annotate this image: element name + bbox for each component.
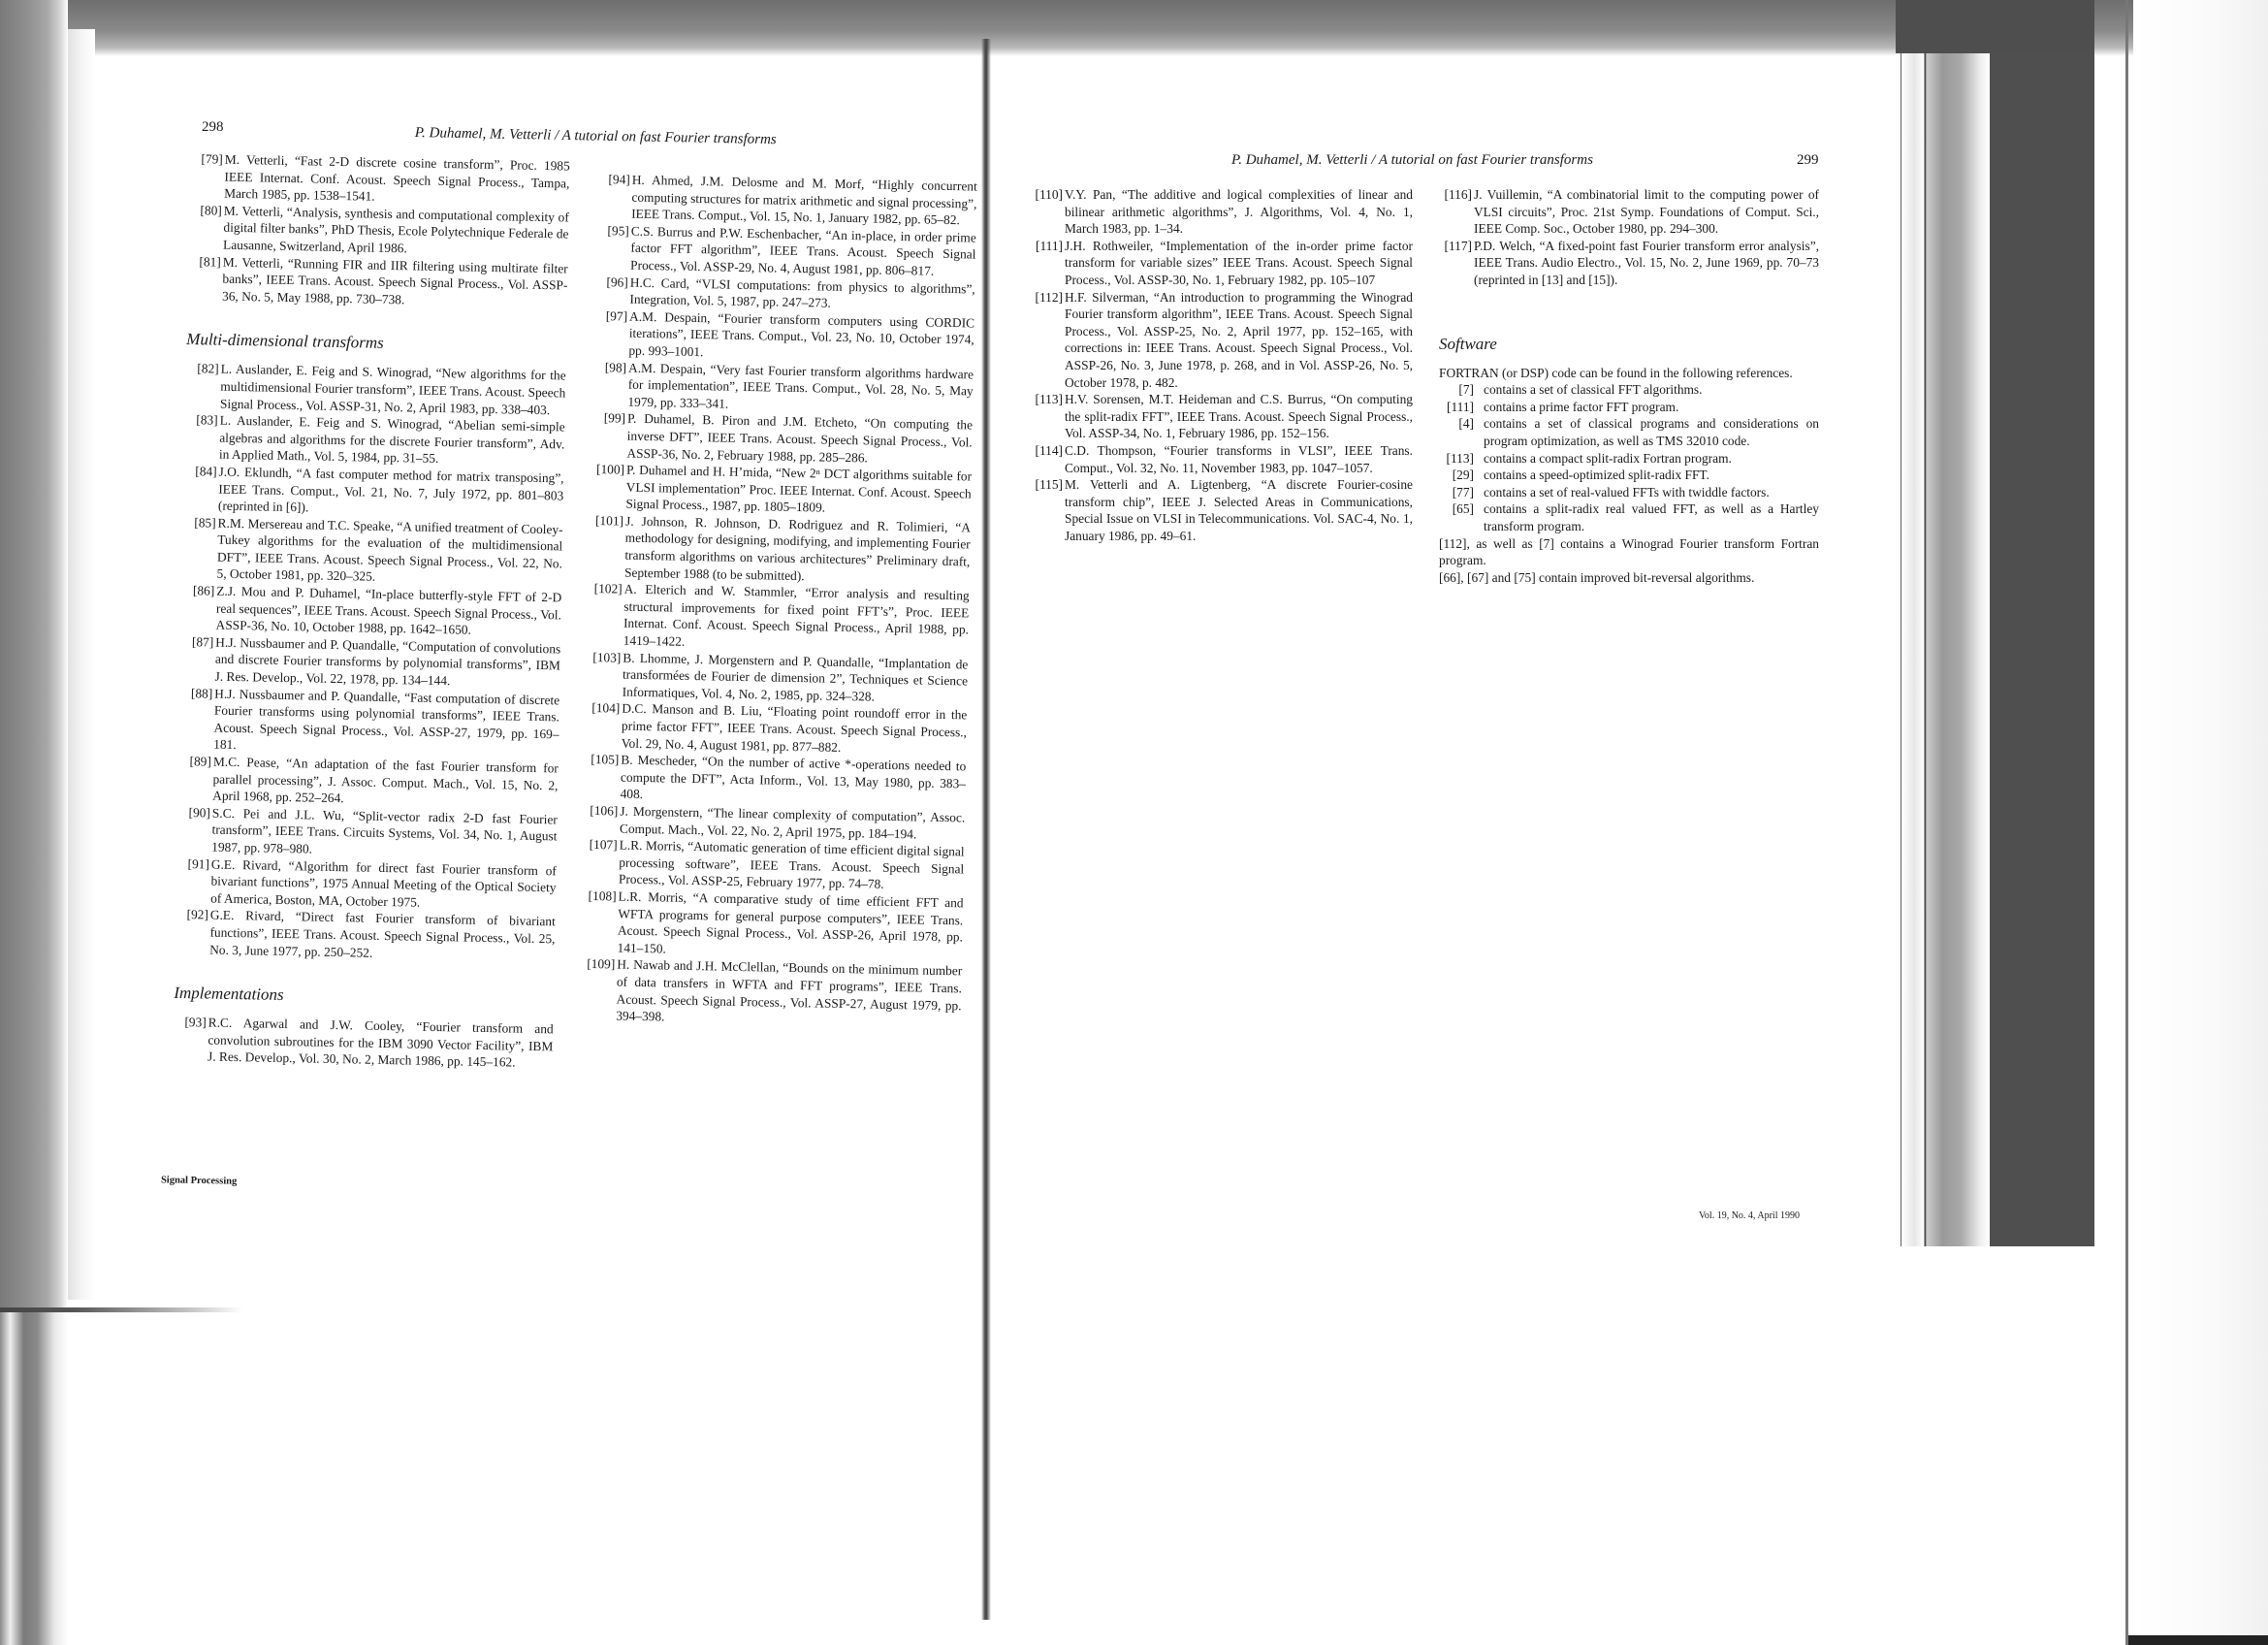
journal-footer-left: Signal Processing	[161, 1175, 237, 1186]
software-description: contains a prime factor FFT program.	[1484, 400, 1678, 414]
reference-number: [96]	[588, 273, 628, 290]
software-intro: FORTRAN (or DSP) code can be found in th…	[1439, 365, 1819, 382]
reference-text: V.Y. Pan, “The additive and logical comp…	[1065, 186, 1413, 238]
reference-number: [115]	[1022, 476, 1063, 494]
reference-number: [4]	[1439, 415, 1474, 433]
reference-number: [77]	[1439, 484, 1474, 501]
reference-entry: [114]C.D. Thompson, “Fourier transforms …	[1030, 442, 1413, 476]
software-entry: [77]contains a set of real-valued FFTs w…	[1439, 484, 1819, 501]
right-running-head: P. Duhamel, M. Vetterli / A tutorial on …	[1231, 152, 1593, 169]
software-description: contains a set of real-valued FFTs with …	[1484, 485, 1770, 500]
reference-number: [108]	[575, 887, 616, 905]
reference-number: [80]	[189, 202, 222, 219]
scan-right-fade	[2133, 0, 2268, 1645]
reference-text: B. Lhomme, J. Morgenstern and P. Quandal…	[623, 649, 969, 707]
reference-entry: [113]H.V. Sorensen, M.T. Heideman and C.…	[1030, 391, 1413, 442]
reference-text: L. Auslander, E. Feig and S. Winograd, “…	[219, 412, 565, 470]
scan-bottom-bar	[2128, 1635, 2268, 1645]
reference-number: [90]	[177, 804, 210, 822]
reference-text: P. Duhamel and H. H’mida, “New 2ⁿ DCT al…	[625, 462, 972, 520]
reference-entry: [94]H. Ahmed, J.M. Delosme and M. Morf, …	[596, 171, 977, 229]
reference-list: [116]J. Vuillemin, “A combinatorial limi…	[1439, 186, 1819, 289]
reference-text: S.C. Pei and J.L. Wu, “Split-vector radi…	[211, 804, 558, 862]
reference-number: [29]	[1439, 467, 1474, 484]
reference-number: [106]	[577, 802, 618, 820]
reference-entry: [95]C.S. Burrus and P.W. Eschenbacher, “…	[595, 222, 976, 280]
reference-number: [107]	[576, 836, 617, 854]
section-heading-implementations: Implementations	[174, 983, 554, 1012]
software-entry: [65]contains a split-radix real valued F…	[1439, 500, 1819, 534]
reference-text: H. Ahmed, J.M. Delosme and M. Morf, “Hig…	[631, 172, 977, 230]
reference-text: A. Elterich and W. Stammler, “Error anal…	[623, 581, 970, 656]
scan-right-edge	[2125, 0, 2128, 1645]
reference-text: L.R. Morris, “A comparative study of tim…	[617, 887, 963, 962]
reference-entry: [107]L.R. Morris, “Automatic generation …	[584, 836, 965, 894]
reference-number: [102]	[582, 580, 623, 597]
reference-number: [93]	[174, 1014, 207, 1031]
reference-entry: [102]A. Elterich and W. Stammler, “Error…	[589, 580, 970, 656]
reference-entry: [105]B. Mescheder, “On the number of act…	[586, 751, 967, 809]
reference-text: P.D. Welch, “A fixed-point fast Fourier …	[1474, 238, 1819, 289]
reference-number: [82]	[186, 360, 219, 377]
reference-entry: [101]J. Johnson, R. Johnson, D. Rodrigue…	[590, 512, 971, 588]
reference-number: [65]	[1439, 500, 1474, 518]
reference-number: [109]	[574, 955, 615, 973]
reference-number: [89]	[178, 753, 211, 770]
reference-entry: [91]G.E. Rivard, “Algorithm for direct f…	[176, 855, 557, 913]
reference-entry: [87]H.J. Nussbaumer and P. Quandalle, “C…	[179, 633, 560, 692]
reference-list: [93]R.C. Agarwal and J.W. Cooley, “Fouri…	[173, 1014, 554, 1072]
scan-right-stripes	[1896, 53, 1990, 1246]
reference-text: J.O. Eklundh, “A fast computer method fo…	[218, 464, 564, 522]
right-page-column-1: [110]V.Y. Pan, “The additive and logical…	[1030, 186, 1413, 544]
reference-list: [82]L. Auslander, E. Feig and S. Winogra…	[175, 360, 566, 964]
scan-shelf-line	[0, 1307, 242, 1312]
reference-number: [88]	[179, 685, 212, 702]
reference-text: Z.J. Mou and P. Duhamel, “In-place butte…	[215, 583, 561, 641]
reference-number: [104]	[579, 699, 620, 717]
reference-number: [83]	[184, 411, 217, 429]
left-page-number: 298	[202, 119, 224, 136]
left-page-column-2: [94]H. Ahmed, J.M. Delosme and M. Morf, …	[581, 171, 977, 1031]
reference-number: [116]	[1431, 186, 1472, 204]
reference-text: M. Vetterli and A. Ligtenberg, “A discre…	[1065, 476, 1413, 544]
reference-text: B. Mescheder, “On the number of active *…	[620, 752, 966, 810]
reference-number: [114]	[1022, 442, 1063, 460]
reference-text: M. Vetterli, “Fast 2-D discrete cosine t…	[224, 151, 570, 210]
reference-number: [99]	[585, 409, 625, 427]
reference-text: G.E. Rivard, “Direct fast Fourier transf…	[209, 907, 556, 965]
reference-number: [84]	[183, 463, 216, 480]
reference-text: J. Vuillemin, “A combinatorial limit to …	[1474, 186, 1819, 238]
reference-entry: [88]H.J. Nussbaumer and P. Quandalle, “F…	[178, 685, 559, 760]
section-heading-multidimensional: Multi-dimensional transforms	[186, 329, 566, 358]
reference-entry: [97]A.M. Despain, “Fourier transform com…	[593, 307, 974, 366]
reference-entry: [83]L. Auslander, E. Feig and S. Winogra…	[184, 411, 565, 469]
reference-entry: [98]A.M. Despain, “Very fast Fourier tra…	[592, 358, 974, 416]
reference-entry: [109]H. Nawab and J.H. McClellan, “Bound…	[581, 955, 962, 1031]
reference-number: [110]	[1022, 186, 1063, 204]
reference-entry: [93]R.C. Agarwal and J.W. Cooley, “Fouri…	[173, 1014, 554, 1072]
software-entry: [4]contains a set of classical programs …	[1439, 415, 1819, 449]
reference-number: [85]	[182, 514, 215, 532]
reference-text: C.S. Burrus and P.W. Eschenbacher, “An i…	[630, 222, 976, 280]
left-running-head: P. Duhamel, M. Vetterli / A tutorial on …	[415, 125, 777, 148]
reference-entry: [103]B. Lhomme, J. Morgenstern and P. Qu…	[588, 649, 969, 707]
reference-list: [110]V.Y. Pan, “The additive and logical…	[1030, 186, 1413, 544]
reference-entry: [81]M. Vetterli, “Running FIR and IIR fi…	[187, 253, 568, 311]
reference-number: [91]	[176, 855, 209, 872]
reference-list: [79]M. Vetterli, “Fast 2-D discrete cosi…	[187, 150, 570, 311]
reference-number: [94]	[590, 171, 630, 188]
reference-text: P. Duhamel, B. Piron and J.M. Etcheto, “…	[626, 410, 973, 468]
reference-text: C.D. Thompson, “Fourier transforms in VL…	[1065, 442, 1413, 476]
reference-entry: [117]P.D. Welch, “A fixed-point fast Fou…	[1439, 238, 1819, 289]
reference-number: [95]	[589, 222, 629, 240]
reference-number: [87]	[180, 633, 213, 651]
software-description: contains a split-radix real valued FFT, …	[1484, 501, 1819, 533]
right-page-column-2: [116]J. Vuillemin, “A combinatorial limi…	[1439, 186, 1819, 586]
journal-footer-right: Vol. 19, No. 4, April 1990	[1699, 1210, 1800, 1221]
reference-text: R.C. Agarwal and J.W. Cooley, “Fourier t…	[208, 1015, 554, 1073]
reference-text: A.M. Despain, “Very fast Fourier transfo…	[627, 359, 974, 417]
reference-number: [81]	[188, 253, 221, 271]
reference-number: [113]	[1439, 450, 1474, 468]
reference-text: A.M. Despain, “Fourier transform compute…	[628, 307, 974, 366]
reference-number: [103]	[580, 648, 621, 665]
reference-entry: [90]S.C. Pei and J.L. Wu, “Split-vector …	[176, 804, 558, 862]
reference-entry: [100]P. Duhamel and H. H’mida, “New 2ⁿ D…	[591, 461, 972, 519]
reference-text: J. Johnson, R. Johnson, D. Rodriguez and…	[624, 513, 971, 588]
reference-text: L. Auslander, E. Feig and S. Winograd, “…	[220, 361, 566, 419]
reference-text: G.E. Rivard, “Algorithm for direct fast …	[210, 855, 557, 914]
reference-text: H.V. Sorensen, M.T. Heideman and C.S. Bu…	[1065, 391, 1413, 442]
reference-text: M. Vetterli, “Analysis, synthesis and co…	[223, 202, 569, 260]
reference-entry: [110]V.Y. Pan, “The additive and logical…	[1030, 186, 1413, 238]
reference-entry: [112]H.F. Silverman, “An introduction to…	[1030, 289, 1413, 392]
reference-number: [79]	[190, 150, 223, 168]
reference-entry: [82]L. Auslander, E. Feig and S. Winogra…	[185, 360, 566, 418]
reference-entry: [86]Z.J. Mou and P. Duhamel, “In-place b…	[180, 582, 561, 640]
reference-entry: [79]M. Vetterli, “Fast 2-D discrete cosi…	[189, 150, 570, 209]
reference-entry: [92]G.E. Rivard, “Direct fast Fourier tr…	[175, 906, 556, 964]
reference-number: [111]	[1022, 238, 1063, 255]
scan-left-inner-shadow	[68, 29, 95, 1300]
software-list: [7]contains a set of classical FFT algor…	[1439, 381, 1819, 534]
reference-number: [86]	[181, 582, 214, 599]
reference-entry: [85]R.M. Mersereau and T.C. Speake, “A u…	[181, 514, 562, 590]
reference-entry: [115]M. Vetterli and A. Ligtenberg, “A d…	[1030, 476, 1413, 544]
left-page-column-1: [79]M. Vetterli, “Fast 2-D discrete cosi…	[173, 150, 570, 1072]
reference-text: M.C. Pease, “An adaptation of the fast F…	[212, 754, 559, 812]
software-entry: [7]contains a set of classical FFT algor…	[1439, 381, 1819, 399]
scan-left-lower-shadow	[0, 1309, 68, 1645]
reference-entry: [108]L.R. Morris, “A comparative study o…	[582, 887, 963, 963]
reference-number: [101]	[583, 512, 623, 530]
right-page-number: 299	[1797, 152, 1819, 169]
reference-number: [105]	[578, 751, 619, 768]
reference-number: [92]	[176, 906, 208, 923]
reference-text: L.R. Morris, “Automatic generation of ti…	[619, 837, 965, 895]
section-heading-software: Software	[1439, 334, 1819, 355]
reference-text: H.J. Nussbaumer and P. Quandalle, “Compu…	[214, 633, 560, 692]
software-entry: [111]contains a prime factor FFT program…	[1439, 399, 1819, 416]
reference-text: H. Nawab and J.H. McClellan, “Bounds on …	[616, 956, 962, 1031]
reference-number: [100]	[584, 461, 624, 478]
reference-entry: [89]M.C. Pease, “An adaptation of the fa…	[177, 753, 559, 811]
reference-text: D.C. Manson and B. Liu, “Floating point …	[622, 700, 968, 758]
software-entry: [29]contains a speed-optimized split-rad…	[1439, 467, 1819, 484]
reference-number: [113]	[1022, 391, 1063, 408]
reference-text: H.F. Silverman, “An introduction to prog…	[1065, 289, 1413, 392]
reference-entry: [116]J. Vuillemin, “A combinatorial limi…	[1439, 186, 1819, 238]
reference-entry: [104]D.C. Manson and B. Liu, “Floating p…	[587, 699, 968, 758]
software-description: contains a compact split-radix Fortran p…	[1484, 451, 1732, 466]
reference-list: [94]H. Ahmed, J.M. Delosme and M. Morf, …	[581, 171, 977, 1031]
reference-entry: [84]J.O. Eklundh, “A fast computer metho…	[183, 463, 564, 521]
scan-top-shadow	[0, 0, 2133, 56]
reference-text: H.J. Nussbaumer and P. Quandalle, “Fast …	[213, 685, 559, 759]
reference-entry: [80]M. Vetterli, “Analysis, synthesis an…	[188, 202, 569, 260]
reference-number: [97]	[587, 307, 627, 325]
reference-text: J.H. Rothweiler, “Implementation of the …	[1065, 238, 1413, 289]
reference-number: [117]	[1431, 238, 1472, 255]
software-description: contains a set of classical programs and…	[1484, 416, 1819, 448]
software-note: [66], [67] and [75] contain improved bit…	[1439, 569, 1819, 587]
reference-number: [112]	[1022, 289, 1063, 306]
reference-number: [7]	[1439, 381, 1474, 399]
reference-entry: [111]J.H. Rothweiler, “Implementation of…	[1030, 238, 1413, 289]
book-gutter	[981, 39, 991, 1620]
reference-number: [111]	[1439, 399, 1474, 416]
software-entry: [113]contains a compact split-radix Fort…	[1439, 450, 1819, 468]
software-note: [112], as well as [7] contains a Winogra…	[1439, 535, 1819, 569]
software-description: contains a set of classical FFT algorith…	[1484, 382, 1703, 397]
scan-right-band	[1990, 53, 2094, 1246]
reference-entry: [99]P. Duhamel, B. Piron and J.M. Etchet…	[591, 409, 973, 468]
software-description: contains a speed-optimized split-radix F…	[1484, 468, 1709, 482]
reference-number: [98]	[586, 358, 626, 375]
reference-text: M. Vetterli, “Running FIR and IIR filter…	[222, 253, 568, 311]
software-notes: [112], as well as [7] contains a Winogra…	[1439, 535, 1819, 587]
reference-text: R.M. Mersereau and T.C. Speake, “A unifi…	[216, 514, 562, 589]
